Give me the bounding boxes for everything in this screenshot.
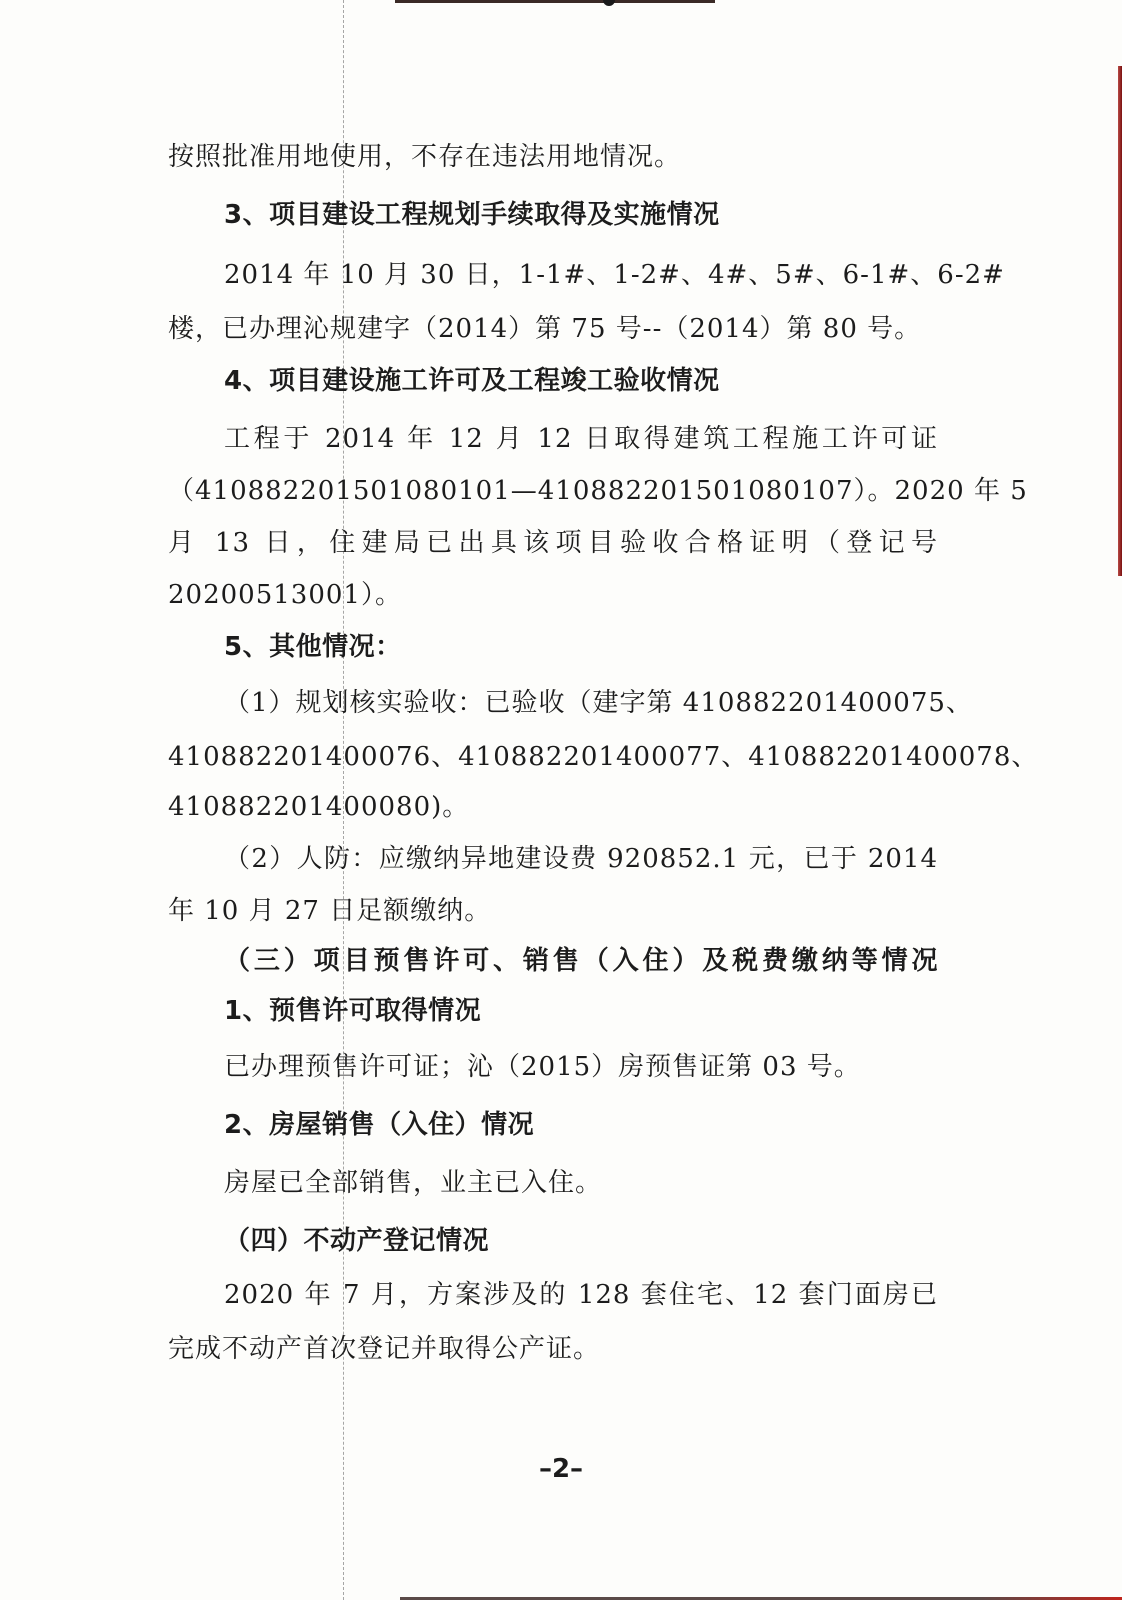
scan-right-edge [1118,66,1122,576]
subheading-other: 5、其他情况： [224,630,402,664]
subheading-planning: 3、项目建设工程规划手续取得及实施情况 [224,198,720,232]
paragraph-line: 完成不动产首次登记并取得公产证。 [168,1332,600,1366]
paragraph-line: 2014 年 10 月 30 日，1-1#、1-2#、4#、5#、6-1#、6-… [224,258,938,292]
subheading-presale-permit: 1、预售许可取得情况 [224,994,481,1028]
paragraph-line: （2）人防：应缴纳异地建设费 920852.1 元，已于 2014 [224,842,938,876]
scan-top-edge-mark [603,0,615,6]
subheading-construction-permit: 4、项目建设施工许可及工程竣工验收情况 [224,364,720,398]
paragraph-line: 楼，已办理沁规建字（2014）第 75 号--（2014）第 80 号。 [168,312,921,346]
scan-top-edge [395,0,715,3]
paragraph-line: 2020 年 7 月，方案涉及的 128 套住宅、12 套门面房已 [224,1278,938,1312]
paragraph-line: （1）规划核实验收：已验收（建字第 410882201400075、 [224,686,938,720]
paragraph-line: 房屋已全部销售，业主已入住。 [224,1166,602,1200]
paragraph-line: 已办理预售许可证；沁（2015）房预售证第 03 号。 [224,1050,861,1084]
paragraph-line: 410882201400076、410882201400077、41088220… [168,740,938,774]
paragraph-line: 410882201400080)。 [168,790,469,824]
paragraph-line: 工程于 2014 年 12 月 12 日取得建筑工程施工许可证 [224,422,938,456]
section-heading-presale: （三）项目预售许可、销售（入住）及税费缴纳等情况 [224,944,938,978]
subheading-sales: 2、房屋销售（入住）情况 [224,1108,534,1142]
paragraph-line: 按照批准用地使用，不存在违法用地情况。 [168,140,681,174]
section-heading-registration: （四）不动产登记情况 [224,1224,489,1258]
page-number: –2– [0,1452,1122,1486]
paragraph-line: （410882201501080101—410882201501080107）。… [168,474,938,508]
paragraph-line: 年 10 月 27 日足额缴纳。 [168,894,491,928]
paragraph-line: 月 13 日，住建局已出具该项目验收合格证明（登记号 [168,526,938,560]
paragraph-line: 20200513001）。 [168,578,402,612]
